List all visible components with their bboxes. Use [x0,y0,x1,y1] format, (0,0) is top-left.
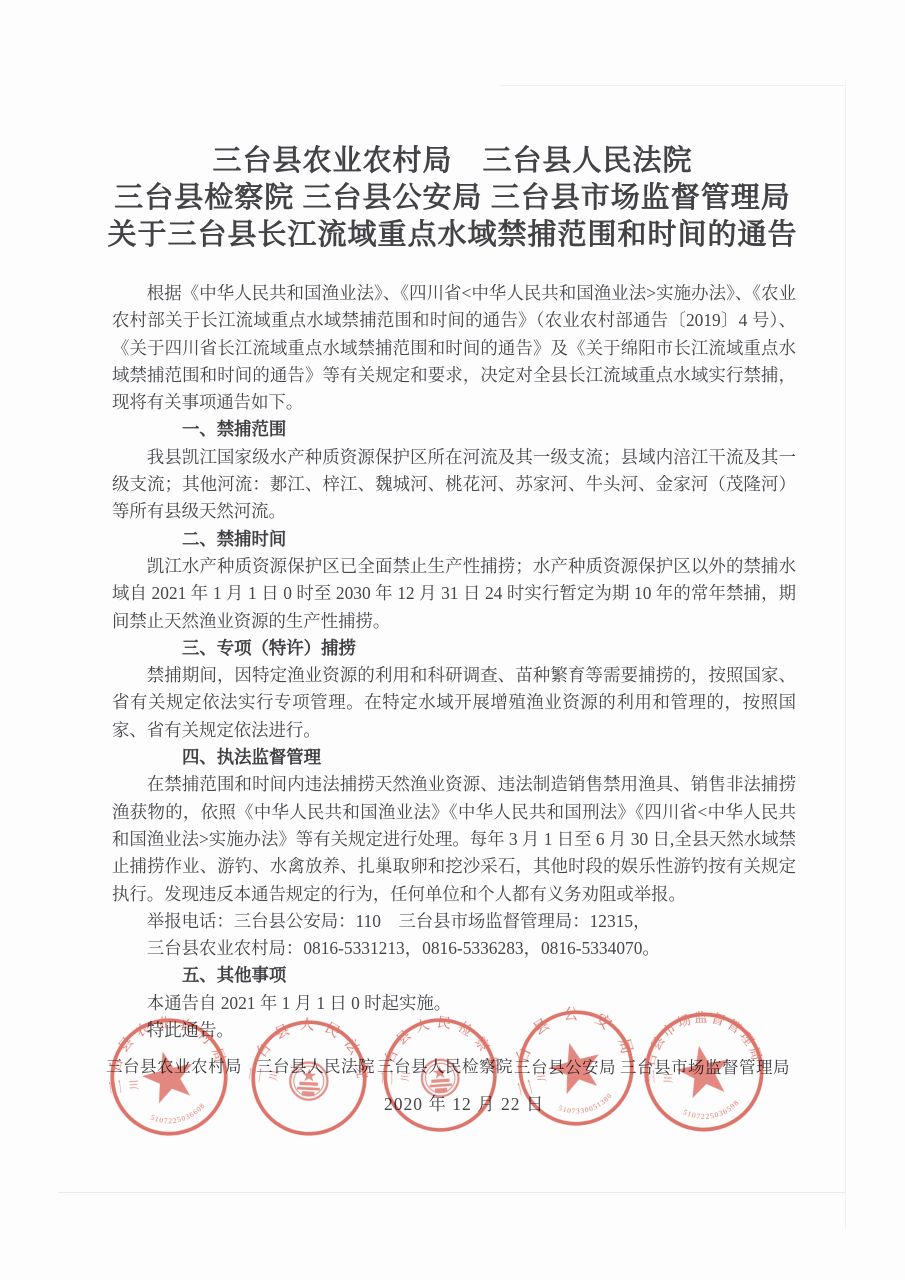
title-line-3: 关于三台县长江流域重点水域禁捕范围和时间的通告 [0,217,905,254]
round-seal-emblem-icon: 三台县人民法院 川 [244,1013,374,1143]
seal-side-char: 川 [128,1079,141,1090]
paragraph-enforcement: 在禁捕范围和时间内违法捕捞天然渔业资源、违法制造销售禁用渔具、销售非法捕捞渔获物… [112,771,796,907]
official-seal-court: 三台县人民法院 川 [244,1013,374,1143]
star-icon [673,1041,734,1100]
paragraph-report-phones-1: 举报电话：三台县公安局：110 三台县市场监督管理局：12315， [112,908,796,935]
national-emblem-icon [289,1062,328,1101]
paragraph-ban-scope: 我县凯江国家级水产种质资源保护区所在河流及其一级支流；县域内涪江干流及其一级支流… [112,444,796,526]
round-seal-star-icon: 三台县市场监督管理局 5107225036598 川 [629,997,779,1147]
scanned-document-page: 三台县农业农村局 三台县人民法院 三台县检察院 三台县公安局 三台县市场监督管理… [0,0,905,1280]
national-emblem-icon [421,1059,460,1098]
svg-text:5107330051380: 5107330051380 [556,1090,617,1121]
round-seal-emblem-icon: 三台县人民检察院 川 [375,1010,505,1140]
seal-side-char: 川 [663,1073,675,1084]
paragraph-basis: 根据《中华人民共和国渔业法》、《四川省<中华人民共和国渔业法>实施办法》、《农业… [112,280,796,416]
section-heading-2: 二、禁捕时间 [112,526,796,553]
star-icon [137,1045,199,1105]
section-heading-5: 五、其他事项 [112,962,796,989]
section-heading-4: 四、执法监督管理 [112,744,796,771]
scan-edge-top [500,85,845,86]
title-line-1: 三台县农业农村局 三台县人民法院 [0,143,905,180]
document-body: 根据《中华人民共和国渔业法》、《四川省<中华人民共和国渔业法>实施办法》、《农业… [112,280,796,1044]
paragraph-special-fishing: 禁捕期间，因特定渔业资源的利用和科研调查、苗种繁育等需要捕捞的，按照国家、省有关… [112,662,796,744]
seal-side-char: 川 [536,1071,549,1082]
star-icon [545,1036,607,1096]
section-heading-1: 一、禁捕范围 [112,416,796,443]
official-seal-procuratorate: 三台县人民检察院 川 [375,1010,505,1140]
seal-side-char: 川 [268,1069,282,1082]
official-seal-market-regulation: 三台县市场监督管理局 5107225036598 川 [629,997,779,1147]
paragraph-report-phones-2: 三台县农业农村局：0816-5331213，0816-5336283，0816-… [112,935,796,962]
seal-number: 5107330051380 [556,1090,617,1121]
seal-side-char: 川 [400,1071,413,1082]
document-title: 三台县农业农村局 三台县人民法院 三台县检察院 三台县公安局 三台县市场监督管理… [0,143,905,254]
title-line-2: 三台县检察院 三台县公安局 三台县市场监督管理局 [0,180,905,217]
scan-edge-bottom [58,1192,845,1193]
section-heading-3: 三、专项（特许）捕捞 [112,635,796,662]
paragraph-ban-time: 凯江水产种质资源保护区已全面禁止生产性捕捞；水产种质资源保护区以外的禁捕水域自 … [112,553,796,635]
